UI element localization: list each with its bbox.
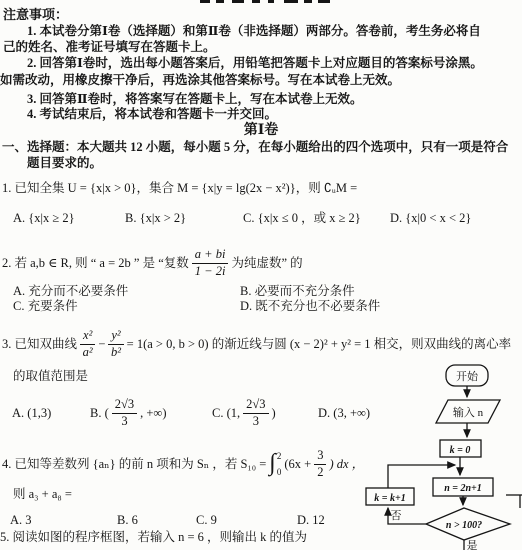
q3-option-c-numerator: 2√3 <box>243 398 268 413</box>
notice-item-2-line-1: 2. 回答第Ⅰ卷时，选出每小题答案后，用铅笔把答题卡上对应题目的答案标号涂黑。 <box>27 56 483 70</box>
notice-item-3: 3. 回答第Ⅱ卷时，将答案写在答题卡上，写在本试卷上无效。 <box>27 92 363 106</box>
cut-title-fragment <box>232 0 244 3</box>
cut-title-fragment <box>304 0 312 3</box>
q4-integral: ∫ 2 0 <box>269 451 281 477</box>
q3-option-b-post: , +∞) <box>140 406 166 420</box>
question-1-option-b: B. {x|x > 2} <box>125 211 186 225</box>
exam-paper-page: 注意事项： 1. 本试卷分第Ⅰ卷（选择题）和第Ⅱ卷（非选择题）两部分。答卷前，考… <box>0 0 522 550</box>
q3-option-b-denominator: 3 <box>112 414 137 428</box>
flow-start-label: 开始 <box>456 369 479 383</box>
flow-init-label: k = 0 <box>450 445 471 456</box>
question-3-stem-line-2: 的取值范围是 <box>13 369 88 383</box>
cut-title-fragment <box>268 0 274 3</box>
question-2-stem: 2. 若 a,b ∈ R, 则 “ a = 2b ” 是 “复数 a + bi … <box>2 244 303 282</box>
question-4-stem-line-2: 则 a₃ + a₈ = <box>13 487 72 501</box>
question-3-option-b: B. ( 2√3 3 , +∞) <box>90 392 167 434</box>
q3-option-c-post: ) <box>272 406 276 420</box>
question-3-option-a: A. (1,3) <box>12 406 51 420</box>
q4-stem-mid: (6x + <box>284 457 311 471</box>
q3-option-b-fraction: 2√3 3 <box>112 398 137 427</box>
q3-option-b-pre: B. ( <box>90 406 109 420</box>
question-4-stem: 4. 已知等差数列 {aₙ} 的前 n 项和为 Sₙ ，若 S₁₀ = ∫ 2 … <box>2 446 364 482</box>
flow-yes-label: 是 <box>467 539 478 550</box>
notice-item-1-line-1: 1. 本试卷分第Ⅰ卷（选择题）和第Ⅱ卷（非选择题）两部分。答卷前，考生务必将自 <box>27 24 481 38</box>
cut-title-fragment <box>216 0 224 3</box>
question-4-option-b: B. 6 <box>117 513 138 527</box>
question-1-option-c: C. {x|x ≤ 0 ，或 x ≥ 2} <box>243 211 361 225</box>
section-title: 第Ⅰ卷 <box>0 123 522 139</box>
flow-increment-label: k = k+1 <box>374 493 405 504</box>
q3-fraction-2-numerator: y² <box>108 329 123 344</box>
notice-item-4: 4. 考试结束后，将本试卷和答题卡一并交回。 <box>27 107 277 121</box>
q3-fraction-1: x² a² <box>80 329 95 358</box>
q2-fraction-denominator: 1 − 2i <box>192 264 229 278</box>
q3-option-b-numerator: 2√3 <box>112 398 137 413</box>
cut-title-fragment <box>200 0 210 3</box>
section-intro-line-2: 题目要求的。 <box>27 156 102 170</box>
q2-stem-pre: 2. 若 a,b ∈ R, 则 “ a = 2b ” 是 “复数 <box>2 256 189 270</box>
question-2-option-b: B. 必要而不充分条件 <box>240 284 355 298</box>
question-1-option-a: A. {x|x ≥ 2} <box>13 211 75 225</box>
q3-minus-sign: − <box>98 337 105 351</box>
notices-heading: 注意事项： <box>3 8 68 23</box>
flow-input-label: 输入 n <box>453 405 484 419</box>
cut-title-fragment <box>318 0 330 3</box>
question-1-option-d: D. {x|0 < x < 2} <box>390 211 471 225</box>
question-1-stem: 1. 已知全集 U = {x|x > 0}，集合 M = {x|y = lg(2… <box>2 181 357 195</box>
q2-stem-post: 为纯虚数” 的 <box>231 256 302 270</box>
question-5-stem: 5. 阅读如图的程序框图，若输入 n = 6 ，则输出 k 的值为 <box>0 530 307 544</box>
question-3-option-c: C. (1, 2√3 3 ) <box>212 392 276 434</box>
q4-fraction-denominator: 2 <box>314 465 326 479</box>
q2-fraction-numerator: a + bi <box>192 248 229 263</box>
section-intro-line-1: 一、选择题：本大题共 12 小题，每小题 5 分，在每小题给出的四个选项中，只有… <box>2 140 508 154</box>
q4-fraction-numerator: 3 <box>314 449 326 464</box>
q3-fraction-2-denominator: b² <box>108 345 123 359</box>
flow-condition-label: n > 100? <box>446 520 482 531</box>
question-2-option-d: D. 既不充分也不必要条件 <box>240 299 380 313</box>
q3-fraction-1-denominator: a² <box>80 345 95 359</box>
cut-title-fragment <box>284 0 298 3</box>
q4-integral-upper: 2 <box>277 451 282 461</box>
q3-fraction-1-numerator: x² <box>80 329 95 344</box>
q4-integral-lower: 0 <box>277 467 282 477</box>
q3-stem-post: = 1(a > 0, b > 0) 的渐近线与圆 (x − 2)² + y² =… <box>127 337 512 351</box>
q3-stem-pre: 3. 已知双曲线 <box>2 337 77 351</box>
flow-no-label: 否 <box>391 509 402 522</box>
q3-fraction-2: y² b² <box>108 329 123 358</box>
q4-integral-limits: 2 0 <box>277 451 282 477</box>
q4-stem-pre: 4. 已知等差数列 {aₙ} 的前 n 项和为 Sₙ ，若 S₁₀ = <box>2 457 266 471</box>
q4-stem-post: ) dx ， <box>329 457 364 471</box>
cut-title-fragment <box>252 0 260 3</box>
question-2-option-a: A. 充分而不必要条件 <box>13 284 128 298</box>
question-4-option-d: D. 12 <box>297 513 325 527</box>
q4-fraction: 3 2 <box>314 449 326 478</box>
question-4-option-c: C. 9 <box>196 513 217 527</box>
question-2-option-c: C. 充要条件 <box>13 299 78 313</box>
q3-option-c-pre: C. (1, <box>212 406 240 420</box>
q4-integral-sign: ∫ <box>269 453 276 475</box>
question-4-option-a: A. 3 <box>10 513 32 527</box>
program-flowchart: 开始 输入 n k = 0 n = 2n+1 n > 100? k = k+1 … <box>360 360 522 550</box>
q2-fraction: a + bi 1 − 2i <box>192 248 229 277</box>
notice-item-2-line-2: 如需改动，用橡皮擦干净后，再选涂其他答案标号。写在本试卷上无效。 <box>0 73 400 87</box>
q3-option-c-denominator: 3 <box>243 414 268 428</box>
q3-option-c-fraction: 2√3 3 <box>243 398 268 427</box>
notice-item-1-line-2: 己的姓名、准考证号填写在答题卡上。 <box>3 40 216 54</box>
flow-loop-label: n = 2n+1 <box>444 483 482 494</box>
